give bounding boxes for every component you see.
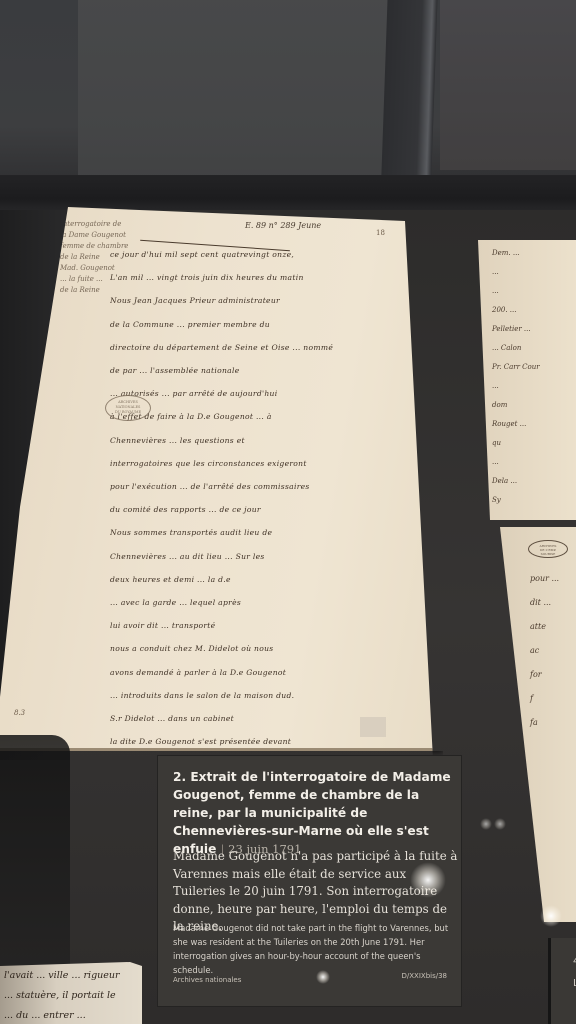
handwritten-line: interrogatoires que les circonstances ex…	[110, 452, 410, 475]
archives-stamp-right: ARCHIVES DE L'EMP. SOUBISE	[528, 540, 568, 558]
handwritten-line: Dela ...	[492, 472, 540, 491]
reflection-right	[440, 0, 576, 170]
handwritten-line: qu	[492, 434, 540, 453]
handwritten-line: nous a conduit chez M. Didelot où nous	[110, 637, 410, 660]
handwritten-line: f	[530, 687, 559, 711]
handwritten-line: Nous Jean Jacques Prieur administrateur	[110, 289, 410, 312]
right-doc-lower-text: pour ... dit ... atte ac for f fa	[530, 567, 559, 735]
label-title-block: 2. Extrait de l'interrogatoire de Madame…	[173, 768, 458, 858]
handwritten-line: L'an mil ... vingt trois juin dix heures…	[110, 266, 410, 289]
handwritten-line: for	[530, 663, 559, 687]
handwritten-line: dom	[492, 396, 540, 415]
label-english-text: Madame Gougenot did not take part in the…	[173, 921, 458, 977]
handwritten-line: Pr. Carr Cour	[492, 358, 540, 377]
handwritten-line: deux heures et demi ... la d.e	[110, 568, 410, 591]
handwritten-line: du comité des rapports ... de ce jour	[110, 498, 410, 521]
handwritten-line: Chennevières ... au dit lieu ... Sur les	[110, 545, 410, 568]
handwritten-line: Nous sommes transportés audit lieu de	[110, 521, 410, 544]
light-glare	[540, 905, 562, 927]
handwritten-line: ... statuère, il portait le	[4, 986, 144, 1006]
handwritten-line: ... du ... entrer ...	[4, 1006, 144, 1024]
handwritten-line: pour l'exécution ... de l'arrêté des com…	[110, 475, 410, 498]
handwritten-line: pour ...	[530, 567, 559, 591]
handwritten-line: de par ... l'assemblée nationale	[110, 359, 410, 382]
handwritten-line: directoire du département de Seine et Oi…	[110, 336, 410, 359]
handwritten-line: à l'effet de faire à la D.e Gougenot ...…	[110, 405, 410, 428]
handwritten-line: dit ...	[530, 591, 559, 615]
handwritten-line: lui avoir dit ... transporté	[110, 614, 410, 637]
handwritten-line: Dem. ...	[492, 244, 540, 263]
handwritten-line: ... avec la garde ... lequel après	[110, 591, 410, 614]
page-number: 18	[376, 229, 385, 237]
handwritten-line: Pelletier ...	[492, 320, 540, 339]
handwritten-line: ... autorisés ... par arrêté de aujourd'…	[110, 382, 410, 405]
margin-note-line: Interrogatoire de	[60, 219, 160, 230]
handwritten-line: Sy	[492, 491, 540, 510]
reflection-panel	[78, 0, 398, 178]
label-archive-reference: D/XXIXbis/38	[402, 972, 448, 980]
mounting-tape	[360, 717, 386, 737]
right-doc-upper-text: Dem. ... ... ... 200. ... Pelletier ... …	[492, 244, 540, 510]
handwritten-line: de la Commune ... premier membre du	[110, 313, 410, 336]
folio-mark: 8.3	[14, 709, 25, 717]
main-archival-document: Interrogatoire de la Dame Gougenot femme…	[0, 207, 443, 751]
label-credit: Archives nationales	[173, 976, 241, 984]
foreground-shadow	[0, 735, 70, 975]
handwritten-line: ... Calon	[492, 339, 540, 358]
handwritten-line: l'avait ... ville ... rigueur	[4, 966, 144, 986]
stamp-line: DU ROYAUME	[106, 410, 150, 415]
handwritten-line: ...	[492, 282, 540, 301]
light-glare	[410, 862, 446, 898]
handwritten-line: ...	[492, 263, 540, 282]
handwritten-line: fa	[530, 711, 559, 735]
label-title: 2. Extrait de l'interrogatoire de Madame…	[173, 770, 451, 856]
handwritten-line: ...	[492, 453, 540, 472]
handwritten-line: ac	[530, 639, 559, 663]
handwritten-line: Chennevières ... les questions et	[110, 429, 410, 452]
light-glare	[480, 818, 492, 830]
light-glare	[494, 818, 506, 830]
bottom-document-fragment: l'avait ... ville ... rigueur ... statuè…	[0, 962, 142, 1024]
handwritten-line: ...	[492, 377, 540, 396]
handwritten-line: ce jour d'hui mil sept cent quatrevingt …	[110, 243, 410, 266]
document-reference-header: E. 89 n° 289 Jeune	[245, 221, 321, 230]
handwritten-line: avons demandé à parler à la D.e Gougenot	[110, 661, 410, 684]
light-glare	[316, 970, 330, 984]
adjacent-caption-label: 4 L	[548, 938, 576, 1024]
handwritten-line: atte	[530, 615, 559, 639]
handwritten-line: 200. ...	[492, 301, 540, 320]
right-document-upper: Dem. ... ... ... 200. ... Pelletier ... …	[478, 240, 576, 520]
handwritten-line: Rouget ...	[492, 415, 540, 434]
stamp-line: SOUBISE	[529, 552, 567, 556]
archives-stamp: ARCHIVES NATIONALES DU ROYAUME	[105, 395, 151, 421]
handwritten-line: ... introduits dans le salon de la maiso…	[110, 684, 410, 707]
reflection-post	[381, 0, 438, 200]
bottom-fragment-text: l'avait ... ville ... rigueur ... statuè…	[4, 966, 144, 1024]
display-case-scene: Interrogatoire de la Dame Gougenot femme…	[0, 0, 576, 1024]
